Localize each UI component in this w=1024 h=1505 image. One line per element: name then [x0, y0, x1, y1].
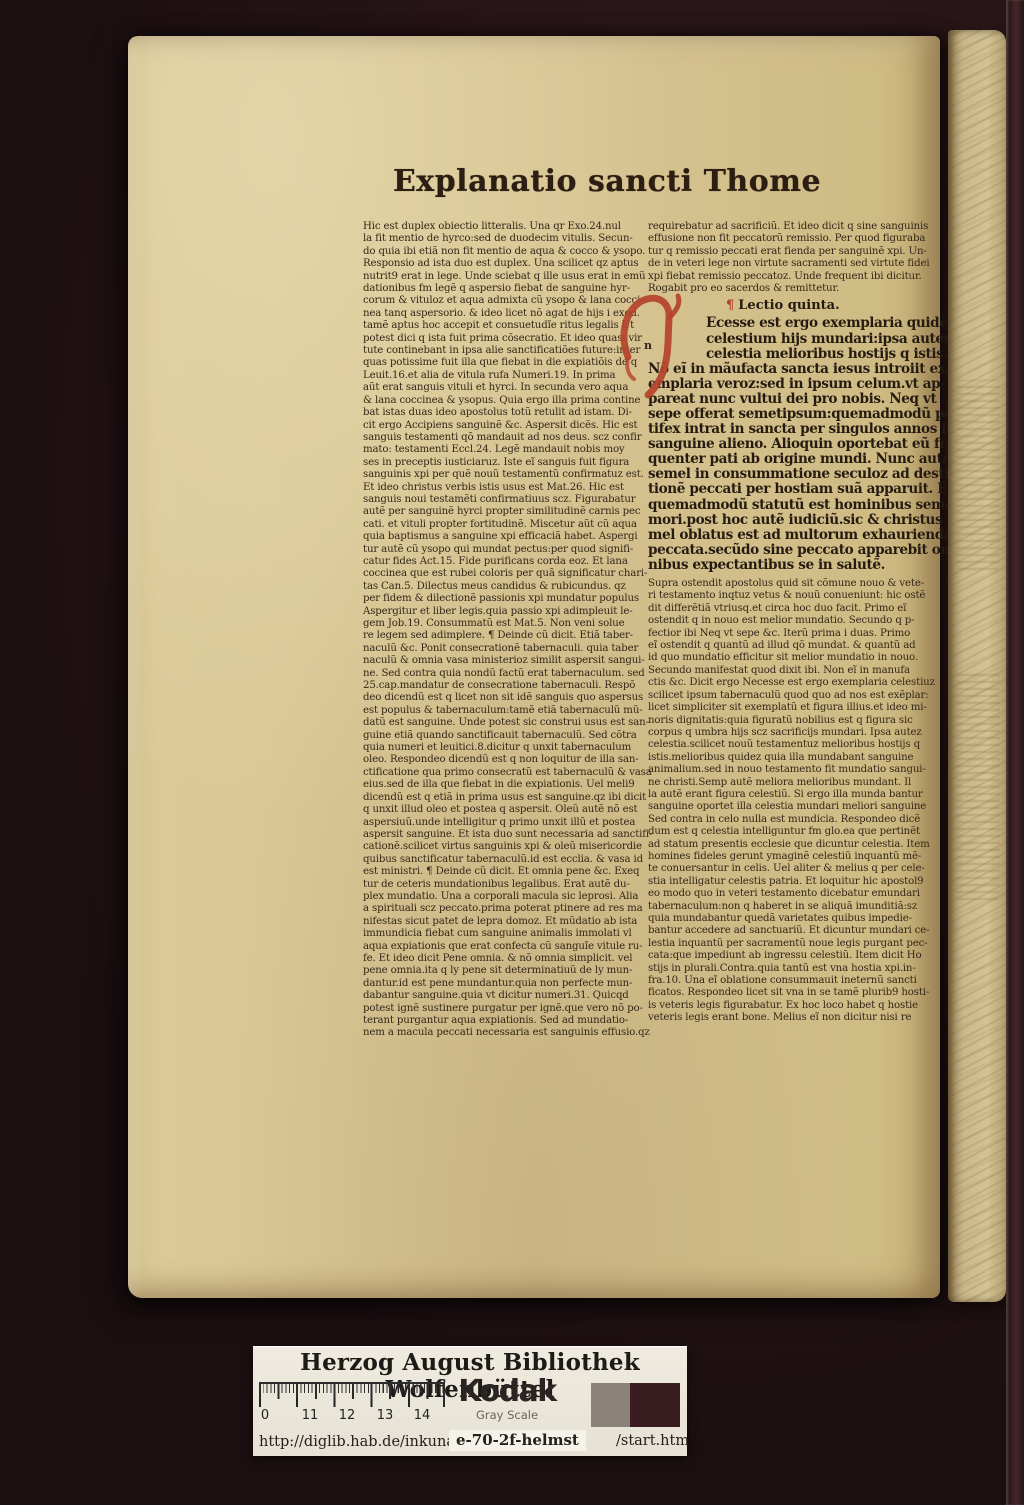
text-line: ctificatione qua primo consecratũ est ta…: [363, 767, 659, 779]
text-line: ad statum presentis ecclesie que dicuntu…: [648, 839, 944, 851]
lectio-heading: ¶Lectio quinta.: [648, 297, 944, 314]
text-line: per fidem & dilectionẽ passionis xpi mun…: [363, 593, 659, 605]
kodak-gray-scale-label: Gray Scale: [449, 1408, 565, 1422]
lectio-title: Lectio quinta.: [738, 298, 839, 313]
text-line: ficatos. Respondeo licet sit vna in se t…: [648, 987, 944, 999]
fore-edge-showthrough: [956, 670, 1000, 900]
text-line: semel in consummatione seculoz ad destit…: [648, 467, 944, 482]
text-line: catur fides Act.15. Fide purificans cord…: [363, 556, 659, 568]
gray-patch: [591, 1383, 630, 1427]
shelfmark-label: e-70-2f-helmst: [449, 1430, 586, 1451]
text-line: la fit mentio de hyrco:sed de duodecim v…: [363, 233, 659, 245]
text-line: fe. Et ideo dicit Pene omnia. & nõ omnia…: [363, 953, 659, 965]
text-line: q unxit illud oleo et postea q aspersit.…: [363, 804, 659, 816]
text-line: Leuit.16.et alia de vitula rufa Numeri.1…: [363, 370, 659, 382]
text-line: celestium hijs mundari:ipsa autem: [648, 332, 944, 347]
commentary-text: Supra ostendit apostolus quid sit cõmune…: [648, 578, 944, 1025]
text-line: do quia ibi etiã non fit mentio de aqua …: [363, 246, 659, 258]
text-line: sanguis testamenti qõ mandauit ad nos de…: [363, 432, 659, 444]
text-line: ne christi.Semp autẽ meliora melioribus …: [648, 777, 944, 789]
text-line: cationẽ.scilicet virtus sanguinis xpi & …: [363, 841, 659, 853]
text-line: a spirituali scz peccato.prima poterat p…: [363, 903, 659, 915]
right-text-column: requirebatur ad sacrificiũ. Et ideo dici…: [648, 221, 944, 1025]
text-line: dum est q celestia intelliguntur fm glo.…: [648, 826, 944, 838]
text-line: requirebatur ad sacrificiũ. Et ideo dici…: [648, 221, 944, 233]
text-line: emplaria veroz:sed in ipsum celum.vt ap-: [648, 377, 944, 392]
guide-letter: n: [644, 339, 652, 352]
text-line: pareat nunc vultui dei pro nobis. Neq vt: [648, 392, 944, 407]
text-line: scilicet ipsum tabernaculũ quod quo ad n…: [648, 690, 944, 702]
text-line: Secundo manifestat quod dixit ibi. Non e…: [648, 665, 944, 677]
fore-edge-showthrough: [956, 380, 1000, 570]
text-line: tur autẽ cũ ysopo qui mundat pectus:per …: [363, 544, 659, 556]
text-line: ne. Sed contra quia nondũ factũ erat tab…: [363, 668, 659, 680]
text-line: dicendũ est q etiã in prima usus est san…: [363, 792, 659, 804]
text-line: quas potissime fuit illa que fiebat in d…: [363, 357, 659, 369]
text-line: ri testamento inqtuz vetus & nouũ conuen…: [648, 590, 944, 602]
intro-lines: requirebatur ad sacrificiũ. Et ideo dici…: [648, 221, 944, 295]
text-line: gem Job.19. Consummatũ est Mat.5. Non ve…: [363, 618, 659, 630]
text-line: aspersiuũ.unde intelligitur q primo unxi…: [363, 817, 659, 829]
text-line: 25.cap.mandatur de consecratione taberna…: [363, 680, 659, 692]
ruler: 0 11 12 13 14: [259, 1382, 445, 1428]
text-line: nibus expectantibus se in salutẽ.: [648, 558, 944, 573]
text-line: celestia.scilicet nouũ testamentuz melio…: [648, 739, 944, 751]
book-cover-edge: [1006, 0, 1024, 1505]
text-line: nem a macula peccati necessaria est sang…: [363, 1027, 659, 1039]
text-line: fectior ibi Neq vt sepe &c. Iterũ prima …: [648, 628, 944, 640]
text-line: celestia melioribus hostijs q istis.: [648, 347, 944, 362]
text-line: homines fideles gerunt ymaginẽ celestiũ …: [648, 851, 944, 863]
text-line: tamẽ aptus hoc accepit et consuetudĩe ri…: [363, 320, 659, 332]
text-line: sanguine alieno. Alioquin oportebat eũ f…: [648, 437, 944, 452]
text-line: Et ideo christus verbis istis usus est M…: [363, 482, 659, 494]
text-line: sepe offerat semetipsum:quemadmodũ põ: [648, 407, 944, 422]
book-fore-edge: [948, 30, 1006, 1302]
text-line: quia baptismus a sanguine xpi efficaciã …: [363, 531, 659, 543]
text-line: potest dici q ista fuit prima cõsecratio…: [363, 333, 659, 345]
text-line: effusione non fit peccatorũ remissio. Pe…: [648, 233, 944, 245]
text-line: mel oblatus est ad multorum exhaurienda: [648, 528, 944, 543]
text-line: cata:que impediunt ab ingressu celestiũ.…: [648, 950, 944, 962]
color-scale-bar: Herzog August Bibliothek Wolfenbüttel 0 …: [253, 1346, 687, 1456]
ruler-number: 14: [414, 1408, 431, 1423]
text-line: eo modo quo in veteri testamento dicebat…: [648, 888, 944, 900]
text-line: Rogabit pro eo sacerdos & remittetur.: [648, 283, 944, 295]
text-line: ostendit q in nouo est melior mundatio. …: [648, 615, 944, 627]
text-line: Responsio ad ista duo est duplex. Una sc…: [363, 258, 659, 270]
text-line: is veteris legis figurabatur. Ex hoc loc…: [648, 1000, 944, 1012]
text-line: & lana coccinea & ysopus. Quia ergo illa…: [363, 395, 659, 407]
text-line: dantur.id est pene mundantur.quia non pe…: [363, 978, 659, 990]
text-line: corpus q umbra hijs scz sacrificijs mund…: [648, 727, 944, 739]
text-line: nifestas sicut patet de lepra domoz. Et …: [363, 916, 659, 928]
text-line: eĩ ostendit q quantũ ad illud qõ mundat.…: [648, 640, 944, 652]
text-line: quenter pati ab origine mundi. Nunc autẽ: [648, 452, 944, 467]
text-line: tur q remissio peccati erat fienda per s…: [648, 246, 944, 258]
text-line: aũt erat sanguis vituli et hyrci. In sec…: [363, 382, 659, 394]
text-line: Sed contra in celo nulla est mundicia. R…: [648, 814, 944, 826]
text-line: Ecesse est ergo exemplaria quidem: [648, 316, 944, 331]
text-line: autẽ per sanguinẽ hyrci propter similitu…: [363, 506, 659, 518]
text-line: deo dicendũ est q licet non sit idẽ sang…: [363, 692, 659, 704]
ruler-number: 11: [302, 1408, 319, 1423]
kodak-block: Kodak Gray Scale: [449, 1377, 565, 1422]
text-line: Supra ostendit apostolus quid sit cõmune…: [648, 578, 944, 590]
text-line: aspersit sanguine. Et ista duo sunt nece…: [363, 829, 659, 841]
text-line: dit differẽtiã vtriusq.et circa hoc duo …: [648, 603, 944, 615]
text-line: mato: testamenti Eccl.24. Legẽ mandauit …: [363, 444, 659, 456]
text-line: nutrit9 erat in lege. Unde sciebat q ill…: [363, 271, 659, 283]
text-line: Nõ eĩ in mãufacta sancta iesus introiit …: [648, 362, 944, 377]
pagelink-label: /start.htm: [616, 1433, 689, 1449]
text-line: bat istas duas ideo apostolus totũ retul…: [363, 407, 659, 419]
text-line: terant purgantur aqua expiationis. Sed a…: [363, 1015, 659, 1027]
text-line: tifex intrat in sancta per singulos anno…: [648, 422, 944, 437]
text-line: oleo. Respondeo dicendũ est q non loquit…: [363, 754, 659, 766]
text-line: pene omnia.ita q ly pene sit determinati…: [363, 965, 659, 977]
text-line: istis.melioribus quidez quia illa mundab…: [648, 752, 944, 764]
text-line: naculũ & omnia vasa ministerioz similit …: [363, 655, 659, 667]
text-line: quemadmodũ statutũ est hominibus semel: [648, 498, 944, 513]
text-line: peccata.secũdo sine peccato apparebit om…: [648, 543, 944, 558]
text-line: de in veteri lege non virtute sacramenti…: [648, 258, 944, 270]
text-line: corum & vituloz et aqua admixta cũ ysopo…: [363, 295, 659, 307]
text-line: nea tanq aspersorio. & ideo licet nõ aga…: [363, 308, 659, 320]
text-line: guine etiã quando sanctificauit tabernac…: [363, 730, 659, 742]
text-line: xpi fiebat remissio peccatoz. Unde frequ…: [648, 271, 944, 283]
text-line: coccinea que est rubei coloris per quã s…: [363, 568, 659, 580]
text-line: est ministri. ¶ Deinde cũ dicit. Et omni…: [363, 866, 659, 878]
text-line: eius.sed de illa que fiebat in die expia…: [363, 779, 659, 791]
text-line: tionẽ peccati per hostiam suã apparuit. …: [648, 482, 944, 497]
text-line: ses in preceptis iusticiaruz. Iste eĩ sa…: [363, 457, 659, 469]
text-line: datũ est sanguine. Unde potest sic const…: [363, 717, 659, 729]
text-line: tabernaculum:non q haberet in se aliquã …: [648, 901, 944, 913]
text-line: tur de ceteris mundationibus legalibus. …: [363, 879, 659, 891]
text-line: quibus sanctificatur tabernaculũ.id est …: [363, 854, 659, 866]
text-line: stijs in plurali.Contra.quia tantũ est v…: [648, 963, 944, 975]
text-line: sanguine oportet illa celestia mundari m…: [648, 801, 944, 813]
text-line: est populus & tabernaculum:tamẽ etiã tab…: [363, 705, 659, 717]
lectio-large-text: Ecesse est ergo exemplaria quidemcelesti…: [648, 316, 944, 573]
pilcrow-icon: ¶: [726, 298, 734, 313]
text-line: stia intelligatur celestis patria. Et lo…: [648, 876, 944, 888]
text-line: sanguis noui testamẽti confirmatiuus scz…: [363, 494, 659, 506]
text-line: sanguinis xpi per quẽ nouũ testamentũ co…: [363, 469, 659, 481]
kodak-brand: Kodak: [449, 1377, 565, 1407]
text-line: dabantur sanguine.quia vt dicitur numeri…: [363, 990, 659, 1002]
text-line: cati. et vituli propter fortitudinẽ. Mis…: [363, 519, 659, 531]
page-heading: Explanatio sancti Thome: [327, 164, 887, 199]
text-line: tute continebant in ipsa alie sanctifica…: [363, 345, 659, 357]
text-line: tas Can.5. Dilectus meus candidus & rubi…: [363, 581, 659, 593]
text-line: Aspergitur et liber legis.quia passio xp…: [363, 606, 659, 618]
text-line: la autẽ erant figura celestiũ. Si ergo i…: [648, 789, 944, 801]
text-line: noris dignitatis:quia figuratũ nobilius …: [648, 715, 944, 727]
text-line: fra.10. Una eĩ oblatione consummauit ine…: [648, 975, 944, 987]
text-line: te conuersantur in celis. Uel aliter & m…: [648, 863, 944, 875]
text-line: dationibus fm legẽ q aspersio fiebat de …: [363, 283, 659, 295]
text-line: animalium.sed in nouo testamento fit mun…: [648, 764, 944, 776]
text-line: bantur accedere ad sanctuariũ. Et dicunt…: [648, 925, 944, 937]
ruler-number: 0: [261, 1408, 269, 1423]
text-line: id quo mundatio efficitur sit melior mun…: [648, 652, 944, 664]
ruler-ticks: [259, 1382, 445, 1407]
text-line: aqua expiationis que erat confecta cũ sa…: [363, 941, 659, 953]
text-line: quia numeri et leuitici.8.dicitur q unxi…: [363, 742, 659, 754]
text-line: re legem sed adimplere. ¶ Deinde cũ dici…: [363, 630, 659, 642]
text-line: mori.post hoc autẽ iudiciũ.sic & christu…: [648, 513, 944, 528]
ruler-number: 13: [377, 1408, 394, 1423]
left-text-column: Hic est duplex obiectio litteralis. Una …: [363, 221, 659, 1040]
text-line: lestia inquantũ per sacramentũ noue legi…: [648, 938, 944, 950]
text-line: veteris legis erant bone. Melius eĩ non …: [648, 1012, 944, 1024]
text-line: naculũ &c. Ponit consecrationẽ tabernacu…: [363, 643, 659, 655]
book-page: Explanatio sancti Thome Hic est duplex o…: [128, 36, 940, 1298]
text-line: quia mundabantur quedã varietates quibus…: [648, 913, 944, 925]
dark-patch: [630, 1383, 680, 1427]
text-line: immundicia fiebat cum sanguine animalis …: [363, 928, 659, 940]
text-line: potest ignẽ sustinere purgatur per ignẽ.…: [363, 1003, 659, 1015]
text-line: licet simpliciter sit exemplatũ et figur…: [648, 702, 944, 714]
ruler-number: 12: [339, 1408, 356, 1423]
text-line: cit ergo Accipiens sanguinẽ &c. Aspersit…: [363, 420, 659, 432]
text-line: plex mundatio. Una a corporali macula si…: [363, 891, 659, 903]
text-line: Hic est duplex obiectio litteralis. Una …: [363, 221, 659, 233]
text-line: ctis &c. Dicit ergo Necesse est ergo exe…: [648, 677, 944, 689]
